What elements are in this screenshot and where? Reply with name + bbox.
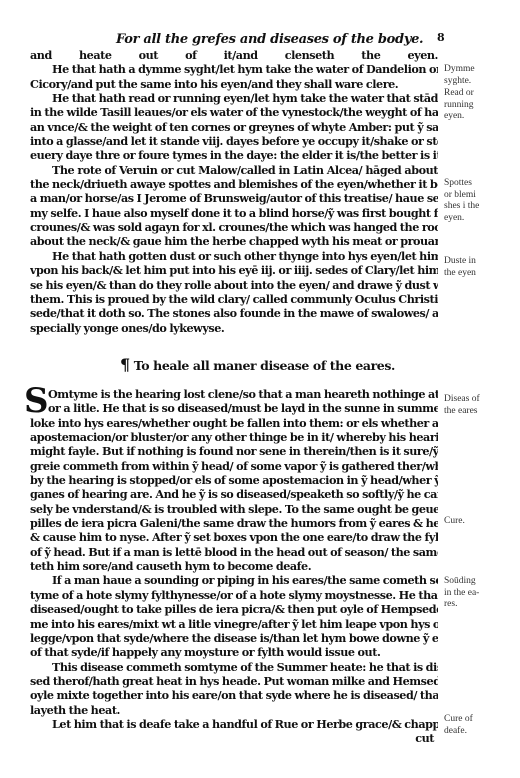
text-line: sed therof/hath great heat in hys heade.… [30, 674, 438, 688]
heading-title: To heale all maner disease of the eares. [134, 358, 395, 373]
catchword: cut [30, 731, 438, 745]
margin-note-read-running-eyen: Read or running eyen. [444, 88, 516, 123]
text-line: sede/that it doth so. The stones also fo… [30, 306, 438, 320]
text-line: & cause him to nyse. After ỹ set boxes v… [30, 530, 438, 544]
text-line: vpon his back/& let him put into his eyē… [30, 263, 438, 277]
text-line: sely be vnderstand/& is troubled with sl… [30, 502, 438, 516]
text-line: might fayle. But if nothing is found nor… [30, 444, 438, 458]
text-line: euery daye thre or foure tymes in the da… [30, 148, 438, 162]
text-line: ganes of hearing are. And he ỹ is so dis… [30, 487, 438, 501]
section-ears-text: S Omtyme is the hearing lost clene/so th… [30, 387, 438, 746]
text-line: a man/or horse/as I Jerome of Brunsweig/… [30, 191, 438, 205]
margin-note-spottes: Spottes or blemi shes i the eyen. [444, 178, 516, 224]
text-line: He that hath gotten dust or such other t… [30, 249, 438, 263]
text-line: in the wilde Tasill leaues/or els water … [30, 105, 438, 119]
text-line: Let him that is deafe take a handful of … [30, 717, 438, 731]
text-line: of that syde/if happely any moysture or … [30, 645, 438, 659]
margin-note-cure-deafe: Cure of deafe. [444, 714, 516, 737]
text-line: se his eyen/& than do they rolle about i… [30, 278, 438, 292]
text-line: This disease commeth somtyme of the Summ… [30, 660, 438, 674]
section-eyes-text: and heate out of it/and clenseth the eye… [30, 48, 438, 335]
text-line: greie commeth from within ỹ head/ of som… [30, 459, 438, 473]
text-line: The rote of Veruin or cut Malow/called i… [30, 163, 438, 177]
text-line: teth him sore/and causeth hym to become … [30, 559, 438, 573]
margin-note-dymme-syght: Dymme syghte. [444, 64, 516, 87]
text-line: legge/vpon that syde/where the disease i… [30, 631, 438, 645]
margin-note-duste: Duste in the eyen [444, 256, 516, 279]
running-head: For all the grefes and diseases of the b… [116, 32, 356, 47]
text-line: and heate out of it/and clenseth the eye… [30, 48, 438, 62]
text-line: loke into hys eares/whether ought be fal… [30, 416, 438, 430]
pilcrow-icon: ¶ [120, 355, 130, 374]
drop-cap: S [24, 385, 48, 417]
section-heading-ears: ¶To heale all maner disease of the eares… [120, 355, 395, 374]
text-line: Cicory/and put the same into his eyen/an… [30, 77, 438, 91]
text-line: crounes/& was sold agayn for xl. crounes… [30, 220, 438, 234]
book-page: For all the grefes and diseases of the b… [0, 0, 520, 778]
text-line: of ỹ head. But if a man is lettē blood i… [30, 545, 438, 559]
margin-note-sounding: Soūding in the ea- res. [444, 576, 516, 611]
text-line: If a man haue a sounding or piping in hi… [30, 573, 438, 587]
text-line: my selfe. I haue also myself done it to … [30, 206, 438, 220]
text-line: them. This is proued by the wild clary/ … [30, 292, 438, 306]
text-line: me into his eares/mixt wt a litle vinegr… [30, 617, 438, 631]
text-line: by the hearing is stopped/or els of some… [30, 473, 438, 487]
text-line: He that hath read or running eyen/let hy… [30, 91, 438, 105]
folio-number: 8 [437, 31, 445, 44]
margin-note-cure: Cure. [444, 516, 516, 528]
text-line: He that hath a dymme syght/let hym take … [30, 62, 438, 76]
text-line: tyme of a hote slymy fylthynesse/or of a… [30, 588, 438, 602]
text-line: pilles de iera picra Galeni/the same dra… [30, 516, 438, 530]
text-line: layeth the heat. [30, 703, 438, 717]
text-line: an vnce/& the weight of ten cornes or gr… [30, 120, 438, 134]
text-line: the neck/driueth awaye spottes and blemi… [30, 177, 438, 191]
text-line: into a glasse/and let it stande viij. da… [30, 134, 438, 148]
text-line: diseased/ought to take pilles de iera pi… [30, 602, 438, 616]
text-line: specially yonge ones/do lykewyse. [30, 321, 438, 335]
margin-note-diseas-eares: Diseas of the eares [444, 394, 516, 417]
text-line: or a litle. He that is so diseased/must … [30, 401, 438, 415]
text-line: about the neck/& gaue him the herbe chap… [30, 234, 438, 248]
text-line: oyle mixte together into his eare/on tha… [30, 688, 438, 702]
text-line: Omtyme is the hearing lost clene/so that… [30, 387, 438, 401]
text-line: apostemacion/or bluster/or any other thi… [30, 430, 438, 444]
